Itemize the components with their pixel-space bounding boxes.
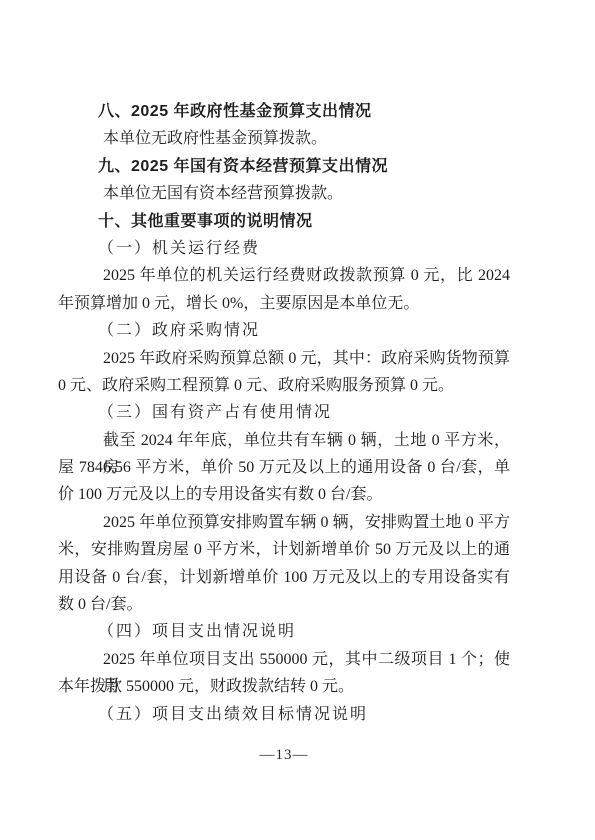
paragraph-line: 2025 年单位的机关运行经费财政拨款预算 0 元，比 2024 [58,262,510,289]
paragraph-line: 数 0 台/套。 [58,591,510,618]
document-page: 八、2025 年政府性基金预算支出情况 本单位无政府性基金预算拨款。 九、202… [0,0,595,840]
heading-section-9: 九、2025 年国有资本经营预算支出情况 [58,153,510,180]
subheading-1: （一）机关运行经费 [58,235,510,262]
page-number: —13— [58,747,510,764]
paragraph-line: 2025 年政府采购预算总额 0 元，其中：政府采购货物预算 [58,345,510,372]
subheading-3: （三）国有资产占有使用情况 [58,399,510,426]
paragraph-line: 0 元、政府采购工程预算 0 元、政府采购服务预算 0 元。 [58,372,510,399]
paragraph-line: 屋 7846.56 平方米，单价 50 万元及以上的通用设备 0 台/套，单 [58,454,510,481]
paragraph-line: 本年拨款 550000 元，财政拨款结转 0 元。 [58,673,510,700]
heading-section-10: 十、其他重要事项的说明情况 [58,208,510,235]
paragraph-line: 年预算增加 0 元，增长 0%，主要原因是本单位无。 [58,290,510,317]
subheading-2: （二）政府采购情况 [58,317,510,344]
subheading-5: （五）项目支出绩效目标情况说明 [58,701,510,728]
document-content: 八、2025 年政府性基金预算支出情况 本单位无政府性基金预算拨款。 九、202… [58,98,510,728]
paragraph-line: 截至 2024 年年底，单位共有车辆 0 辆，土地 0 平方米，房 [58,427,510,454]
paragraph-line: 价 100 万元及以上的专用设备实有数 0 台/套。 [58,481,510,508]
paragraph-line: 2025 年单位项目支出 550000 元，其中二级项目 1 个；使用 [58,646,510,673]
paragraph-line: 本单位无政府性基金预算拨款。 [58,125,510,152]
paragraph-line: 2025 年单位预算安排购置车辆 0 辆，安排购置土地 0 平方 [58,509,510,536]
subheading-4: （四）项目支出情况说明 [58,618,510,645]
paragraph-line: 本单位无国有资本经营预算拨款。 [58,180,510,207]
paragraph-line: 用设备 0 台/套，计划新增单价 100 万元及以上的专用设备实有 [58,564,510,591]
paragraph-line: 米，安排购置房屋 0 平方米，计划新增单价 50 万元及以上的通 [58,536,510,563]
heading-section-8: 八、2025 年政府性基金预算支出情况 [58,98,510,125]
